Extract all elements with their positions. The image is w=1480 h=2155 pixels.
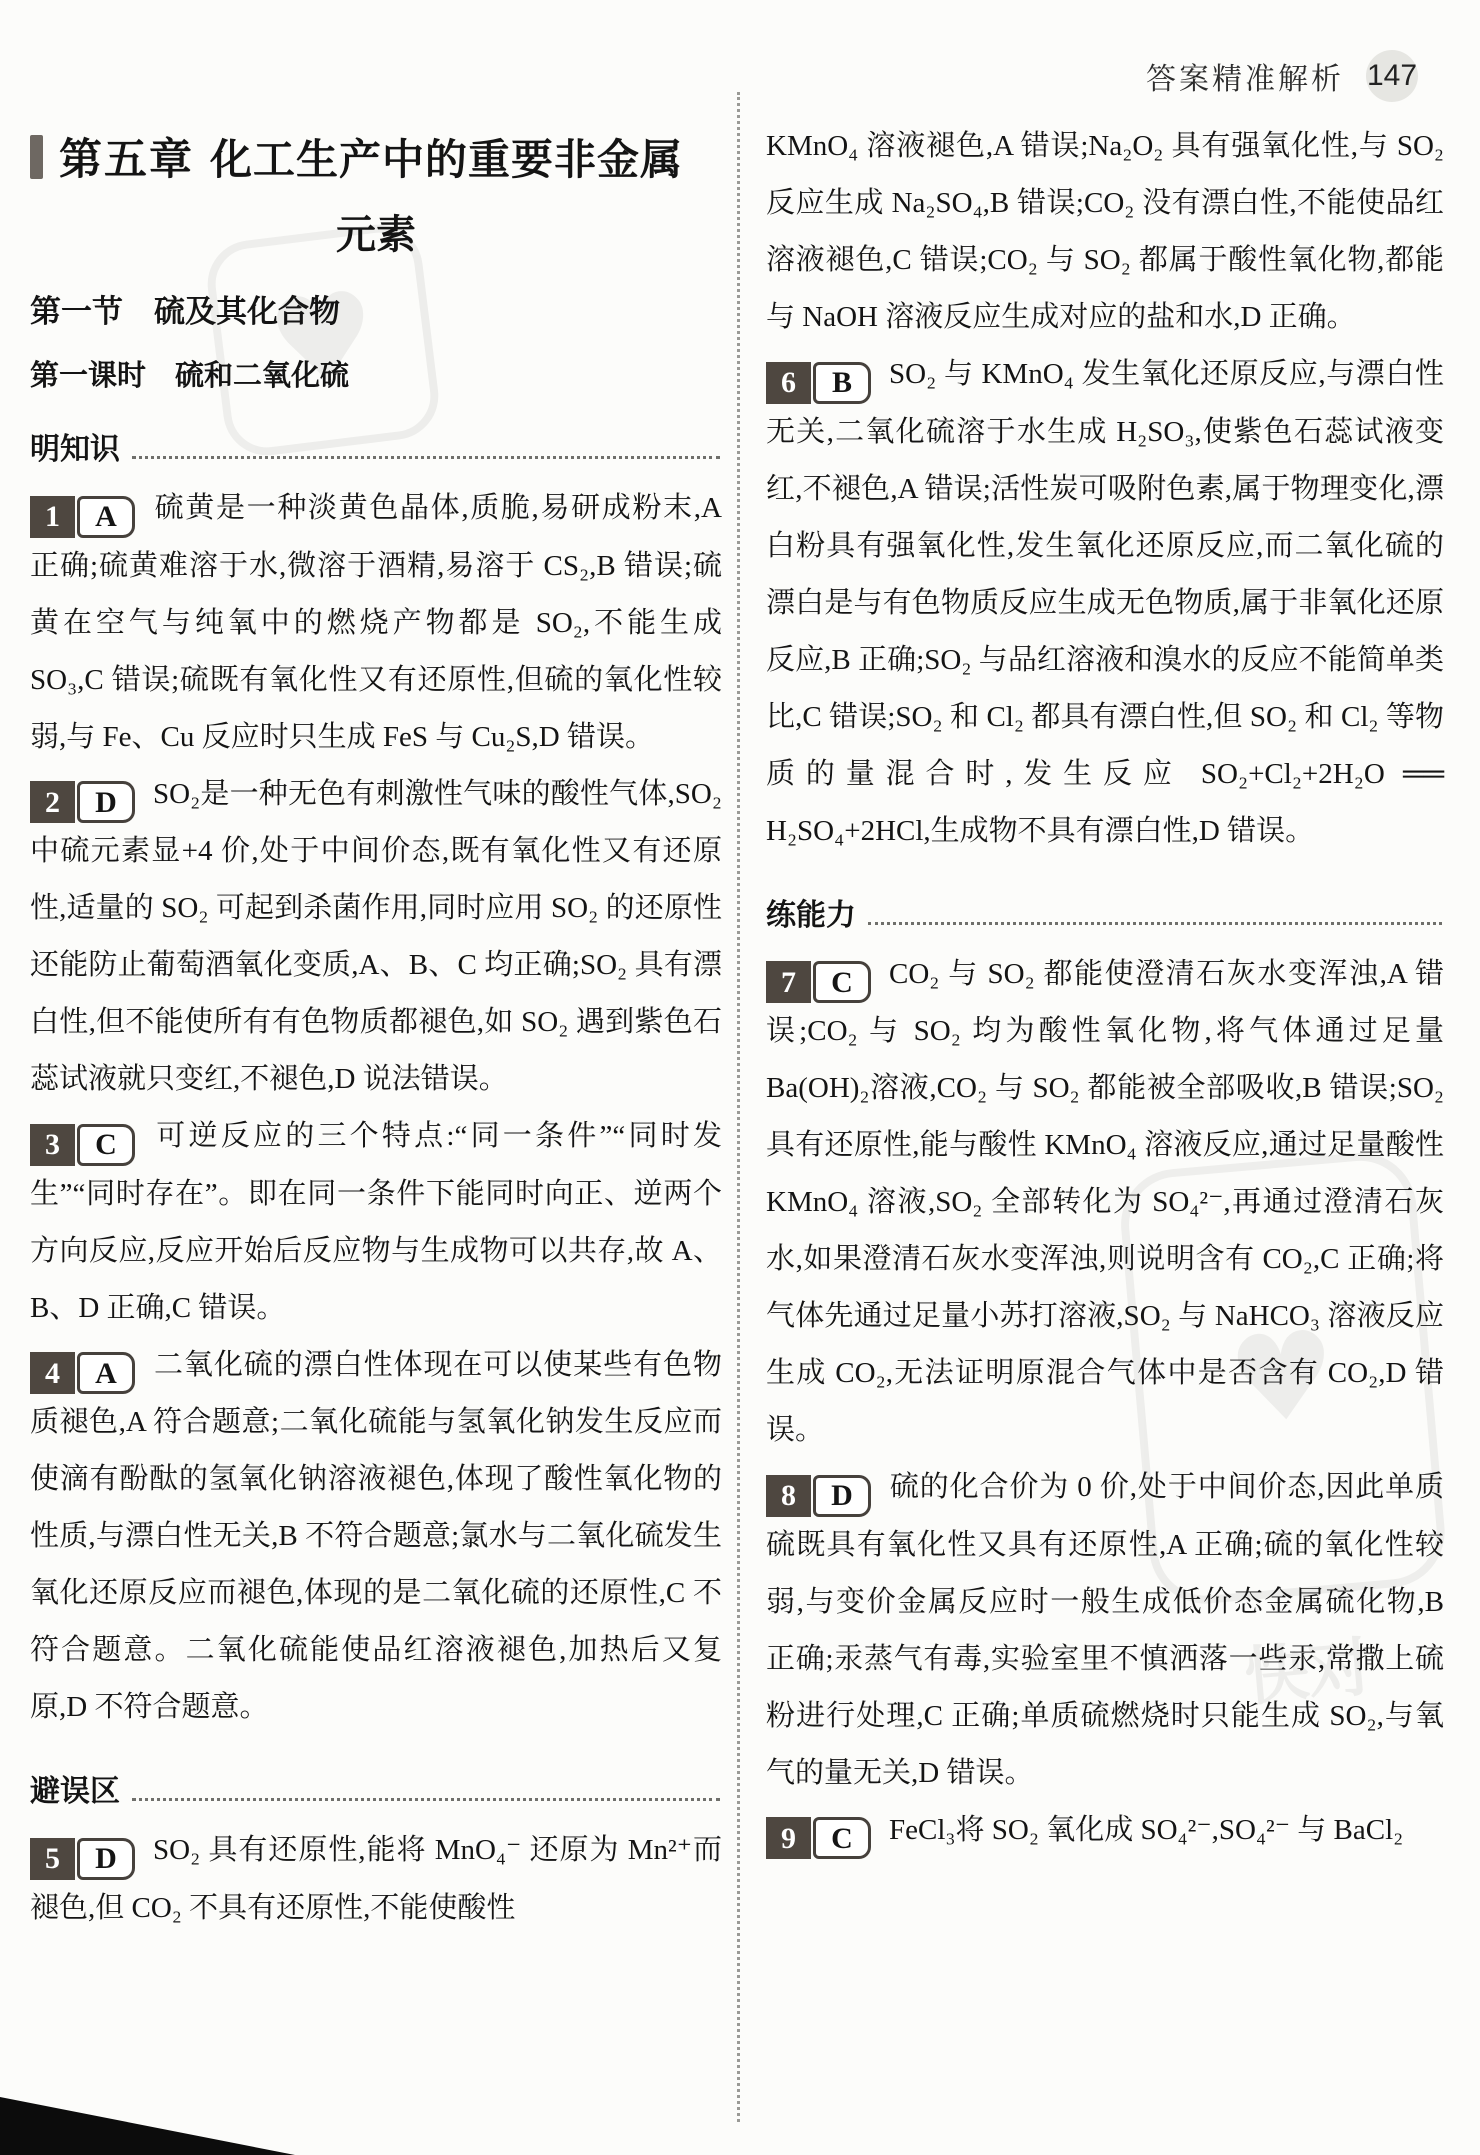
answer-page: 答案精准解析 147 ♥ ♥ 快对 第五章 化工生产中的重要非金属 元素 第一节… [0,0,1480,2155]
block-label: 避误区 [30,1766,120,1810]
block-header-knowledge: 明知识 [30,424,722,468]
chapter-title-wrap: 元素 [30,203,722,260]
dotted-rule [132,456,720,459]
answer-item-4: 4A二氧化硫的漂白性体现在可以使某些有色物质褪色,A 符合题意;二氧化硫能与氢氧… [30,1337,722,1737]
answer-badge: 5D [30,1838,135,1880]
answer-item-9: 9CFeCl₃将 SO₂ 氧化成 SO₄²⁻,SO₄²⁻ 与 BaCl₂ [766,1802,1444,1860]
question-number-badge: 6 [766,362,811,404]
block-header-pitfall: 避误区 [30,1766,722,1810]
question-number-badge: 4 [30,1352,75,1394]
dotted-rule [868,922,1442,925]
question-number-badge: 8 [766,1475,811,1517]
chapter-heading: 第五章 化工生产中的重要非金属 [30,126,722,187]
answer-badge: 1A [30,496,135,538]
header-title: 答案精准解析 [1146,54,1344,98]
answer-item-8: 8D硫的化合价为 0 价,处于中间价态,因此单质硫既具有氧化性又具有还原性,A … [766,1459,1444,1802]
question-number-badge: 3 [30,1124,75,1166]
right-column: KMnO₄ 溶液褪色,A 错误;Na₂O₂ 具有强氧化性,与 SO₂ 反应生成 … [766,118,1444,1859]
answer-text: CO₂ 与 SO₂ 都能使澄清石灰水变浑浊,A 错误;CO₂ 与 SO₂ 均为酸… [766,958,1444,1447]
answer-badge: 4A [30,1352,135,1394]
answer-text: FeCl₃将 SO₂ 氧化成 SO₄²⁻,SO₄²⁻ 与 BaCl₂ [889,1814,1403,1846]
answer-text: 硫的化合价为 0 价,处于中间价态,因此单质硫既具有氧化性又具有还原性,A 正确… [766,1471,1444,1789]
dotted-rule [132,1798,720,1801]
answer-item-1: 1A硫黄是一种淡黄色晶体,质脆,易研成粉末,A 正确;硫黄难溶于水,微溶于酒精,… [30,480,722,766]
answer-badge: 8D [766,1475,871,1517]
answer-text: KMnO₄ 溶液褪色,A 错误;Na₂O₂ 具有强氧化性,与 SO₂ 反应生成 … [766,130,1444,333]
page-number-badge: 147 [1366,50,1418,102]
answer-badge: 3C [30,1124,135,1166]
answer-text: 二氧化硫的漂白性体现在可以使某些有色物质褪色,A 符合题意;二氧化硫能与氢氧化钠… [30,1349,722,1724]
left-column: 第五章 化工生产中的重要非金属 元素 第一节 硫及其化合物 第一课时 硫和二氧化… [30,126,722,1937]
block-label: 练能力 [766,890,856,934]
answer-item-7: 7CCO₂ 与 SO₂ 都能使澄清石灰水变浑浊,A 错误;CO₂ 与 SO₂ 均… [766,946,1444,1460]
answer-badge: 6B [766,362,871,404]
answer-letter-badge: D [77,781,135,823]
answer-letter-badge: B [813,362,871,404]
section-heading: 第一节 硫及其化合物 [30,286,722,331]
answer-letter-badge: C [77,1124,135,1166]
column-divider [737,92,740,2122]
answer-letter-badge: A [77,1352,135,1394]
chapter-accent-bar [30,135,43,179]
chapter-title: 化工生产中的重要非金属 [210,127,683,187]
answer-text: SO₂是一种无色有刺激性气味的酸性气体,SO₂中硫元素显+4 价,处于中间价态,… [30,778,722,1096]
answer-letter-badge: C [813,1817,871,1859]
answer-letter-badge: D [77,1838,135,1880]
answer-item-3: 3C可逆反应的三个特点:“同一条件”“同时发生”“同时存在”。即在同一条件下能同… [30,1108,722,1337]
answer-text: SO₂ 与 KMnO₄ 发生氧化还原反应,与漂白性无关,二氧化硫溶于水生成 H₂… [766,358,1444,847]
page-header: 答案精准解析 147 [1146,50,1418,102]
answer-letter-badge: A [77,496,135,538]
question-number-badge: 1 [30,496,75,538]
question-number-badge: 2 [30,781,75,823]
answer-letter-badge: C [813,961,871,1003]
block-header-practice: 练能力 [766,890,1444,934]
answer-item-2: 2DSO₂是一种无色有刺激性气味的酸性气体,SO₂中硫元素显+4 价,处于中间价… [30,766,722,1109]
answer-badge: 7C [766,961,871,1003]
lesson-heading: 第一课时 硫和二氧化硫 [30,353,722,394]
question-number-badge: 7 [766,961,811,1003]
question-number-badge: 9 [766,1817,811,1859]
answer-item-5-continuation: KMnO₄ 溶液褪色,A 错误;Na₂O₂ 具有强氧化性,与 SO₂ 反应生成 … [766,118,1444,346]
block-label: 明知识 [30,424,120,468]
answer-item-5: 5DSO₂ 具有还原性,能将 MnO₄⁻ 还原为 Mn²⁺而褪色,但 CO₂ 不… [30,1822,722,1937]
question-number-badge: 5 [30,1838,75,1880]
answer-badge: 2D [30,781,135,823]
answer-badge: 9C [766,1817,871,1859]
answer-letter-badge: D [813,1475,871,1517]
answer-item-6: 6BSO₂ 与 KMnO₄ 发生氧化还原反应,与漂白性无关,二氧化硫溶于水生成 … [766,346,1444,860]
chapter-number: 第五章 [59,126,194,187]
scan-artifact-corner [0,2097,295,2155]
